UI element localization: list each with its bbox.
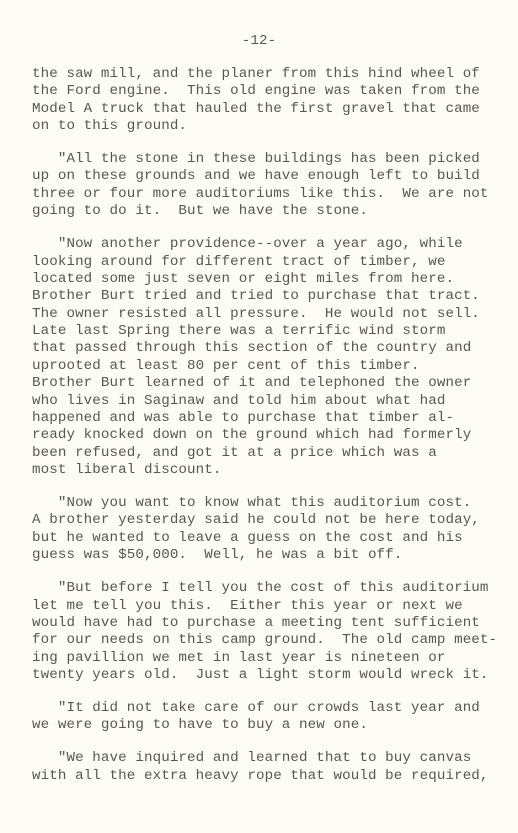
body-text: the saw mill, and the planer from this h… xyxy=(32,66,502,801)
text-line: ready knocked down on the ground which h… xyxy=(32,427,502,444)
paragraph-stone: "All the stone in these buildings has be… xyxy=(32,151,502,221)
paragraph-providence: "Now another providence--over a year ago… xyxy=(32,236,502,479)
page-number: -12- xyxy=(0,33,518,50)
text-line: up on these grounds and we have enough l… xyxy=(32,168,502,185)
paragraph-meeting-tent: "But before I tell you the cost of this … xyxy=(32,580,502,684)
text-line: Brother Burt learned of it and telephone… xyxy=(32,375,502,392)
text-line: we were going to have to buy a new one. xyxy=(32,717,502,734)
text-line: "Now you want to know what this auditori… xyxy=(32,495,502,512)
text-line: with all the extra heavy rope that would… xyxy=(32,768,502,785)
text-line: would have had to purchase a meeting ten… xyxy=(32,615,502,632)
text-line: looking around for different tract of ti… xyxy=(32,254,502,271)
text-line: who lives in Saginaw and told him about … xyxy=(32,393,502,410)
text-line: located some just seven or eight miles f… xyxy=(32,271,502,288)
text-line: for our needs on this camp ground. The o… xyxy=(32,632,502,649)
text-line: "Now another providence--over a year ago… xyxy=(32,236,502,253)
text-line: The owner resisted all pressure. He woul… xyxy=(32,306,502,323)
paragraph-canvas: "We have inquired and learned that to bu… xyxy=(32,750,502,785)
document-page: -12- the saw mill, and the planer from t… xyxy=(0,0,518,833)
paragraph-saw-mill: the saw mill, and the planer from this h… xyxy=(32,66,502,136)
text-line: ing pavillion we met in last year is nin… xyxy=(32,650,502,667)
paragraph-crowds: "It did not take care of our crowds last… xyxy=(32,700,502,735)
text-line: "We have inquired and learned that to bu… xyxy=(32,750,502,767)
text-line: that passed through this section of the … xyxy=(32,340,502,357)
text-line: three or four more auditoriums like this… xyxy=(32,186,502,203)
text-line: uprooted at least 80 per cent of this ti… xyxy=(32,358,502,375)
text-line: guess was $50,000. Well, he was a bit of… xyxy=(32,547,502,564)
text-line: "But before I tell you the cost of this … xyxy=(32,580,502,597)
text-line: Late last Spring there was a terrific wi… xyxy=(32,323,502,340)
text-line: the saw mill, and the planer from this h… xyxy=(32,66,502,83)
text-line: A brother yesterday said he could not be… xyxy=(32,512,502,529)
text-line: most liberal discount. xyxy=(32,462,502,479)
text-line: Model A truck that hauled the first grav… xyxy=(32,101,502,118)
text-line: Brother Burt tried and tried to purchase… xyxy=(32,288,502,305)
text-line: happened and was able to purchase that t… xyxy=(32,410,502,427)
text-line: twenty years old. Just a light storm wou… xyxy=(32,667,502,684)
text-line: "All the stone in these buildings has be… xyxy=(32,151,502,168)
text-line: been refused, and got it at a price whic… xyxy=(32,445,502,462)
text-line: but he wanted to leave a guess on the co… xyxy=(32,530,502,547)
text-line: the Ford engine. This old engine was tak… xyxy=(32,83,502,100)
paragraph-auditorium-cost: "Now you want to know what this auditori… xyxy=(32,495,502,565)
text-line: going to do it. But we have the stone. xyxy=(32,203,502,220)
text-line: on to this ground. xyxy=(32,118,502,135)
text-line: let me tell you this. Either this year o… xyxy=(32,598,502,615)
text-line: "It did not take care of our crowds last… xyxy=(32,700,502,717)
